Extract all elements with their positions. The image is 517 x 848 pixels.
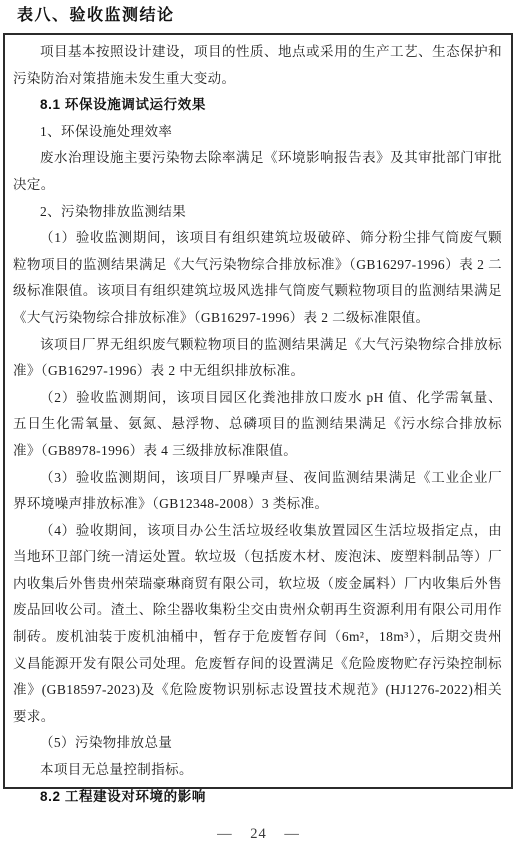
page-number: — 24 — (0, 826, 517, 843)
paragraph: （1）验收监测期间，该项目有组织建筑垃圾破碎、筛分粉尘排气筒废气颗粒物项目的监测… (13, 225, 502, 331)
section-heading: 8.2 工程建设对环境的影响 (13, 784, 502, 811)
paragraph: （3）验收监测期间，该项目厂界噪声昼、夜间监测结果满足《工业企业厂界环境噪声排放… (13, 465, 502, 518)
paragraph: 本项目无总量控制指标。 (13, 757, 502, 784)
paragraph: 该项目厂界无组织废气颗粒物项目的监测结果满足《大气污染物综合排放标准》（GB16… (13, 332, 502, 385)
paragraph: （4）验收期间，该项目办公生活垃圾经收集放置园区生活垃圾指定点，由当地环卫部门统… (13, 518, 502, 731)
page-title: 表八、验收监测结论 (17, 2, 175, 25)
section-heading: 8.1 环保设施调试运行效果 (13, 92, 502, 119)
paragraph: 2、污染物排放监测结果 (13, 199, 502, 226)
paragraph: 1、环保设施处理效率 (13, 119, 502, 146)
paragraph: 废水治理设施主要污染物去除率满足《环境影响报告表》及其审批部门审批决定。 (13, 145, 502, 198)
paragraph: （5）污染物排放总量 (13, 730, 502, 757)
content-box: 项目基本按照设计建设，项目的性质、地点或采用的生产工艺、生态保护和污染防治对策措… (3, 33, 513, 789)
paragraph: （2）验收监测期间，该项目园区化粪池排放口废水 pH 值、化学需氧量、五日生化需… (13, 385, 502, 465)
paragraph: 项目基本按照设计建设，项目的性质、地点或采用的生产工艺、生态保护和污染防治对策措… (13, 39, 502, 92)
